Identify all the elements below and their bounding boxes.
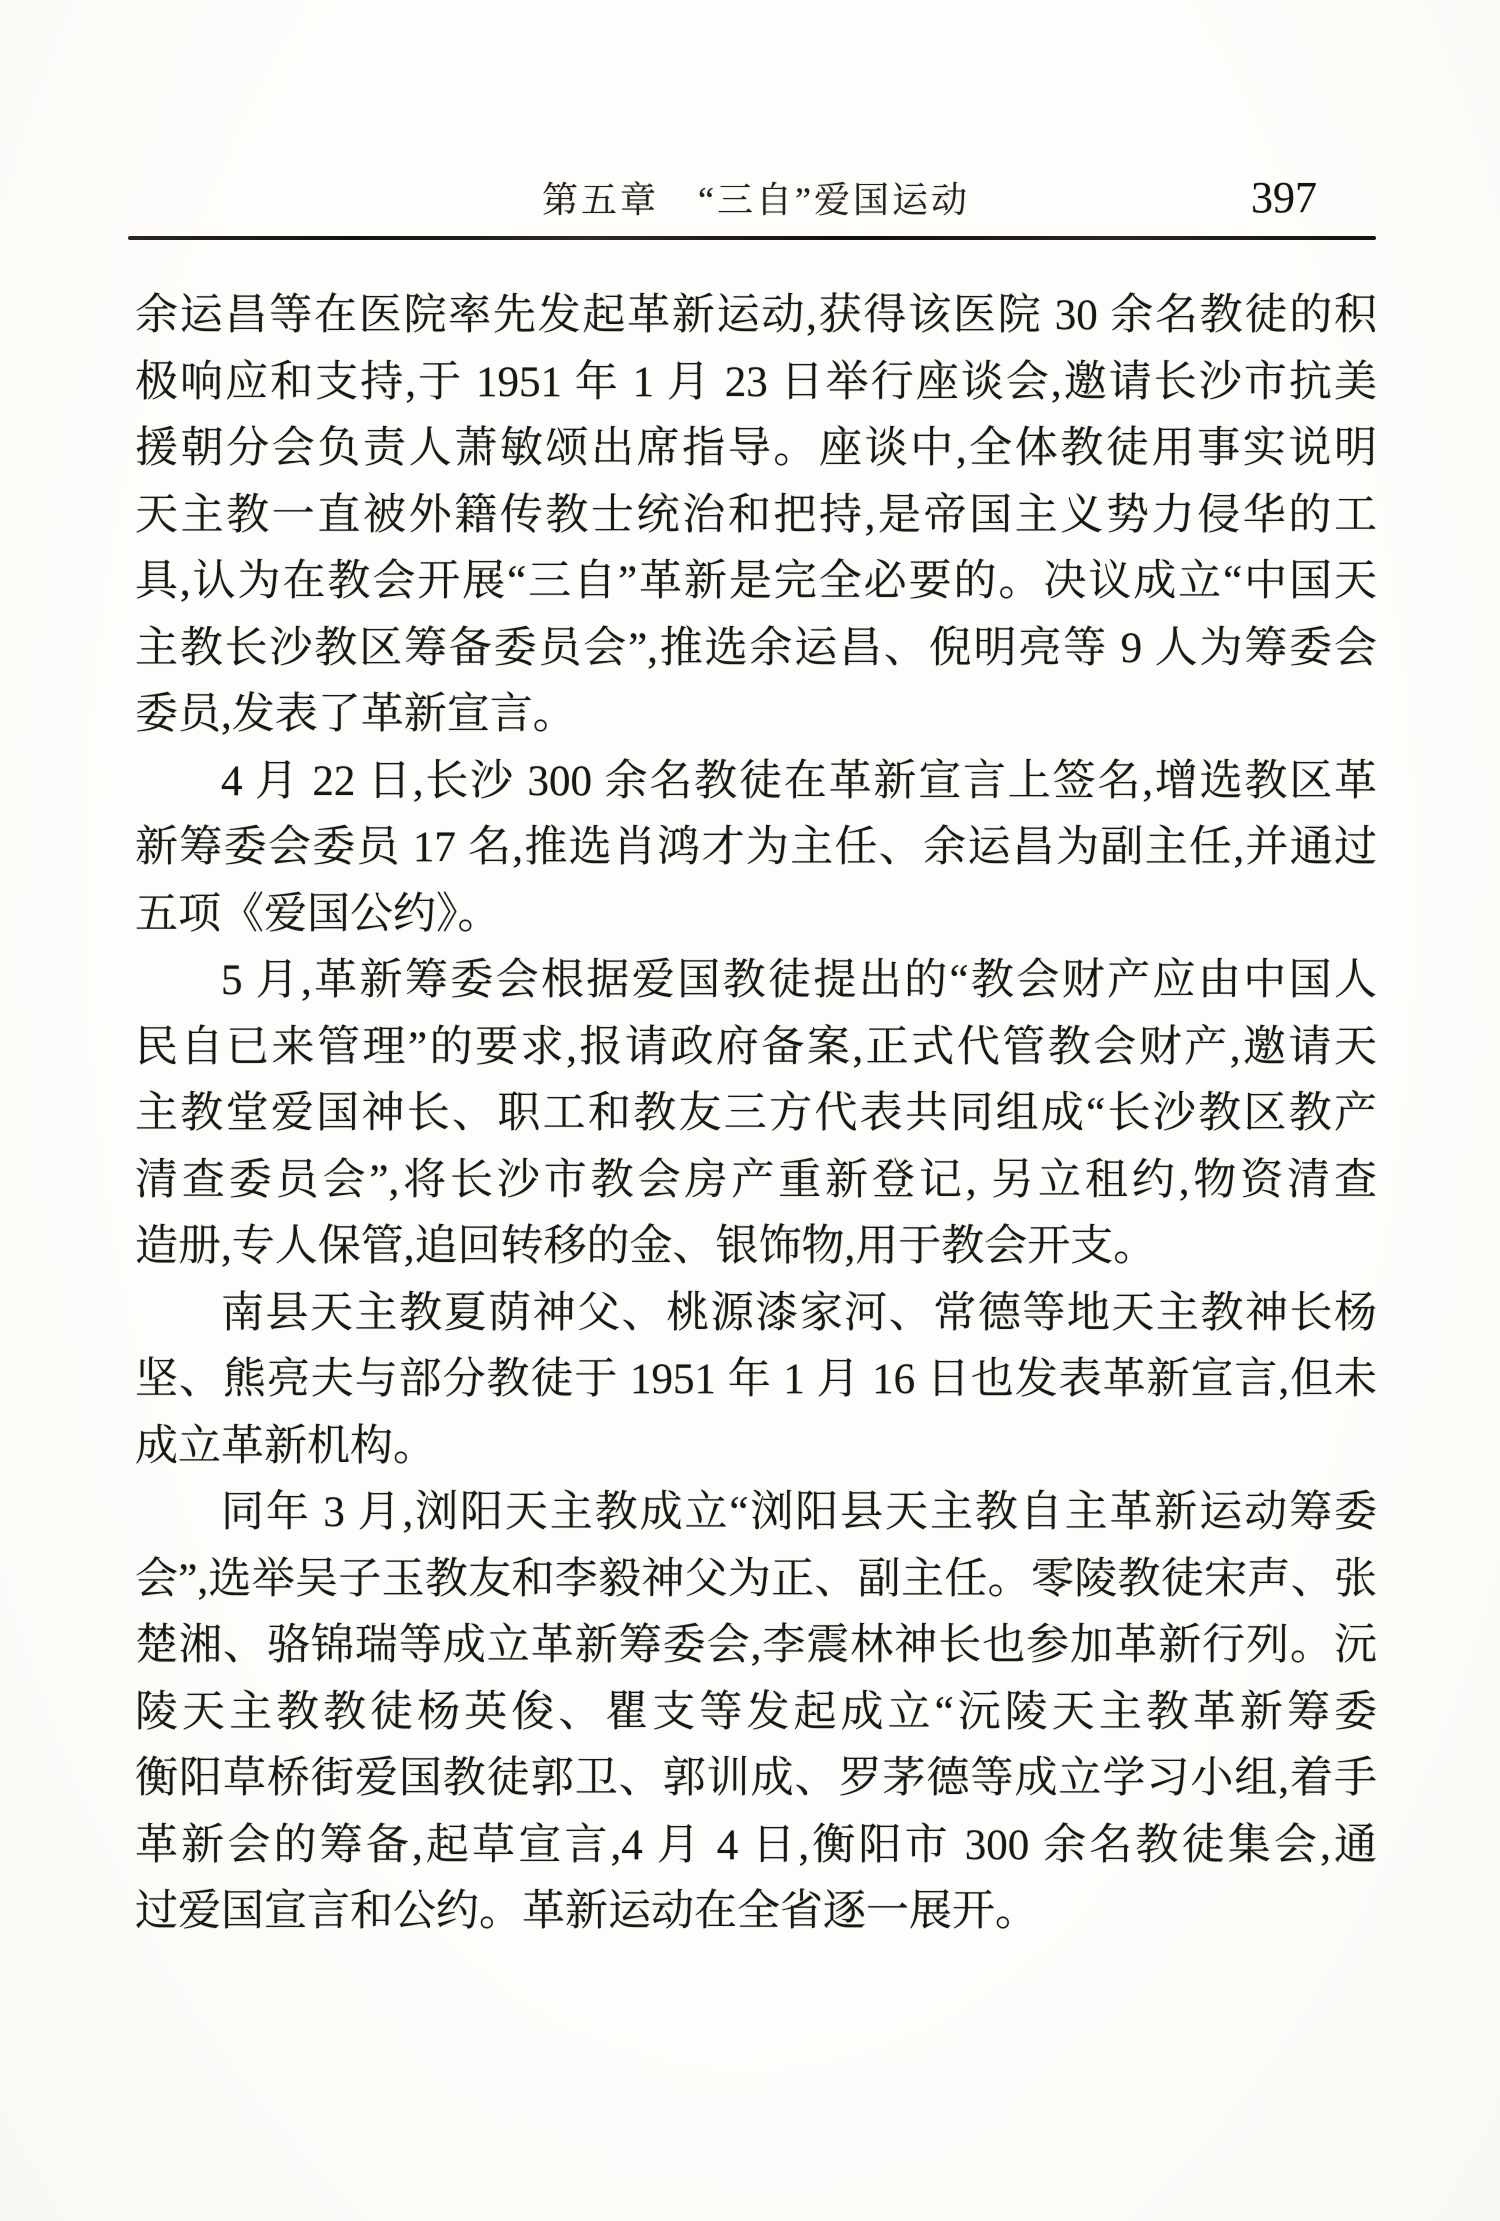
text-line: 极响应和支持,于 1951 年 1 月 23 日举行座谈会,邀请长沙市抗美 [135, 350, 1377, 417]
body-text: 余运昌等在医院率先发起革新运动,获得该医院 30 余名教徒的积 极响应和支持,于… [135, 283, 1377, 1946]
text-line: 会”,选举吴子玉教友和李毅神父为正、副主任。零陵教徒宋声、张 [135, 1547, 1377, 1614]
text-line: 4 月 22 日,长沙 300 余名教徒在革新宣言上签名,增选教区革 [135, 749, 1377, 816]
text-line: 余运昌等在医院率先发起革新运动,获得该医院 30 余名教徒的积 [135, 283, 1377, 350]
text-line: 具,认为在教会开展“三自”革新是完全必要的。决议成立“中国天 [135, 549, 1377, 616]
text-line: 同年 3 月,浏阳天主教成立“浏阳县天主教自主革新运动筹委 [135, 1480, 1377, 1547]
text-line: 天主教一直被外籍传教士统治和把持,是帝国主义势力侵华的工 [135, 483, 1377, 550]
text-line: 主教堂爱国神长、职工和教友三方代表共同组成“长沙教区教产 [135, 1081, 1377, 1148]
text-line: 南县天主教夏荫神父、桃源漆家河、常德等地天主教神长杨高 [135, 1281, 1377, 1348]
page-number: 397 [1251, 176, 1317, 220]
header-rule [128, 236, 1376, 240]
text-line: 过爱国宣言和公约。革新运动在全省逐一展开。 [135, 1879, 1377, 1946]
text-line: 援朝分会负责人萧敏颂出席指导。座谈中,全体教徒用事实说明 [135, 416, 1377, 483]
text-line: 革新会的筹备,起草宣言,4 月 4 日,衡阳市 300 余名教徒集会,通 [135, 1813, 1377, 1880]
text-line: 造册,专人保管,追回转移的金、银饰物,用于教会开支。 [135, 1214, 1377, 1281]
text-line: 5 月,革新筹委会根据爱国教徒提出的“教会财产应由中国人 [135, 948, 1377, 1015]
text-line: 坚、熊亮夫与部分教徒于 1951 年 1 月 16 日也发表革新宣言,但未 [135, 1347, 1377, 1414]
text-line: 新筹委会委员 17 名,推选肖鸿才为主任、余运昌为副主任,并通过 [135, 815, 1377, 882]
text-line: 委员,发表了革新宣言。 [135, 682, 1377, 749]
chapter-title: 第五章 “三自”爱国运动 [135, 180, 1377, 220]
text-line: 衡阳草桥街爱国教徒郭卫、郭训成、罗茅德等成立学习小组,着手 [135, 1746, 1377, 1813]
text-line: 清查委员会”,将长沙市教会房产重新登记, 另立租约,物资清查 [135, 1148, 1377, 1215]
text-line: 五项《爱国公约》。 [135, 882, 1377, 949]
text-line: 楚湘、骆锦瑞等成立革新筹委会,李震林神长也参加革新行列。沅 [135, 1613, 1377, 1680]
text-line: 主教长沙教区筹备委员会”,推选余运昌、倪明亮等 9 人为筹委会 [135, 616, 1377, 683]
text-line: 民自已来管理”的要求,报请政府备案,正式代管教会财产,邀请天 [135, 1015, 1377, 1082]
scanned-book-page: 第五章 “三自”爱国运动 397 余运昌等在医院率先发起革新运动,获得该医院 3… [0, 0, 1500, 2221]
text-line: 成立革新机构。 [135, 1414, 1377, 1481]
text-line: 陵天主教教徒杨英俊、瞿支等发起成立“沅陵天主教革新筹委会”。 [135, 1680, 1377, 1747]
